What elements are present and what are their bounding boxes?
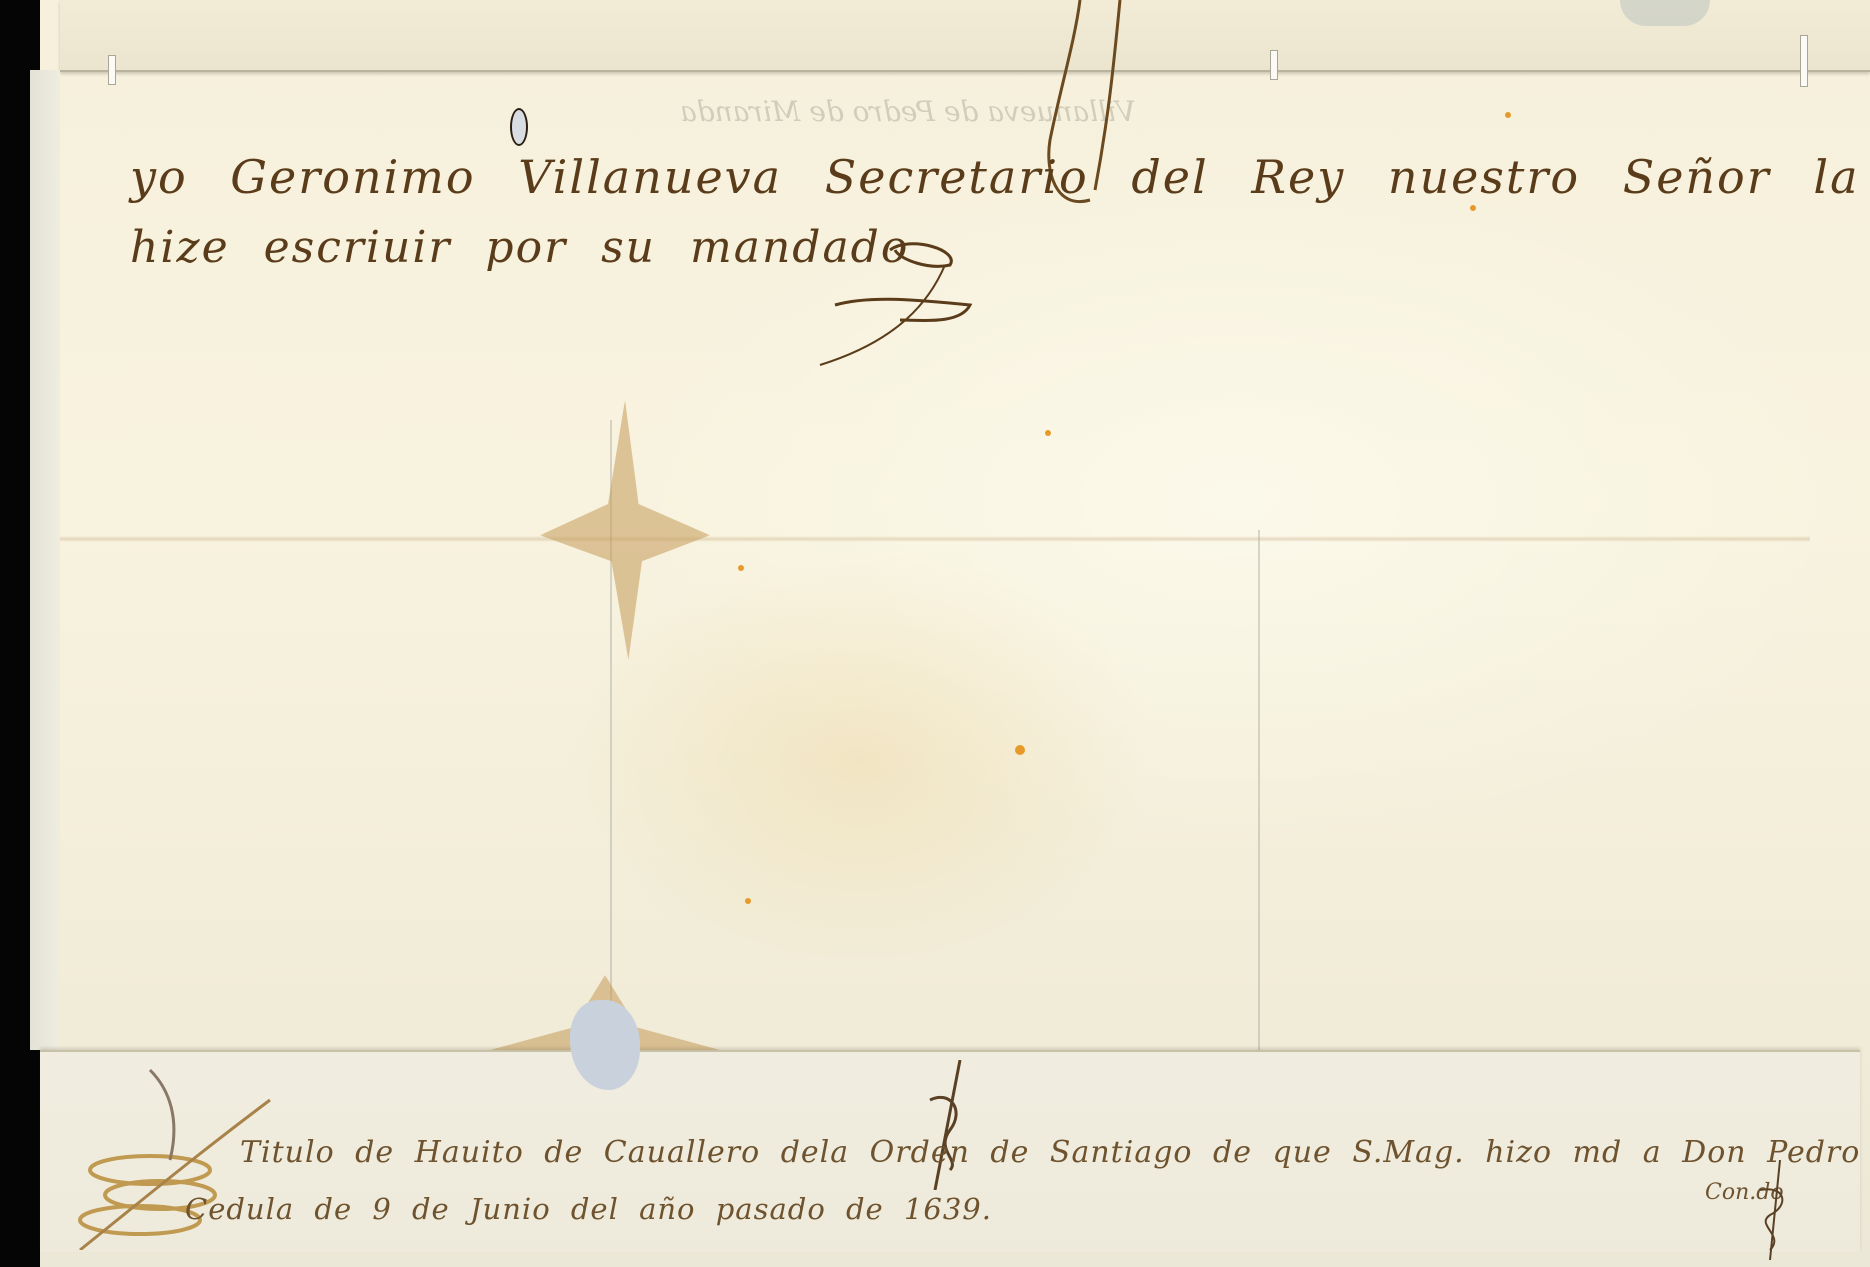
- vertical-fold-line: [1258, 530, 1260, 1060]
- top-folded-flap: [60, 0, 1870, 72]
- foxing-spot: [1470, 205, 1476, 211]
- cross-rubric: [920, 1060, 980, 1190]
- horizontal-fold-line: [60, 536, 1810, 542]
- foxing-spot: [1045, 430, 1051, 436]
- endorsement-line-1: Titulo de Hauito de Cauallero dela Orden…: [240, 1135, 1870, 1170]
- manuscript-line-1: yo Geronimo Villanueva Secretario del Re…: [130, 150, 1860, 204]
- foxing-spot: [738, 565, 744, 571]
- left-page-edge: [30, 70, 60, 1050]
- binding-stitch: [1270, 50, 1278, 80]
- seal-impression: [1620, 0, 1710, 26]
- ink-burn-hole: [510, 108, 528, 146]
- endorsement-line-2: Cedula de 9 de Junio del año pasado de 1…: [185, 1192, 992, 1226]
- foxing-spot: [1505, 112, 1511, 118]
- binding-stitch: [108, 55, 116, 85]
- signature-rubric: [800, 230, 1000, 370]
- manuscript-line-2: hize escriuir por su mandado: [130, 222, 909, 273]
- right-rubric: [1750, 1160, 1800, 1260]
- foxing-spot: [745, 898, 751, 904]
- foxing-spot: [1015, 745, 1025, 755]
- binding-stitch: [1800, 35, 1808, 87]
